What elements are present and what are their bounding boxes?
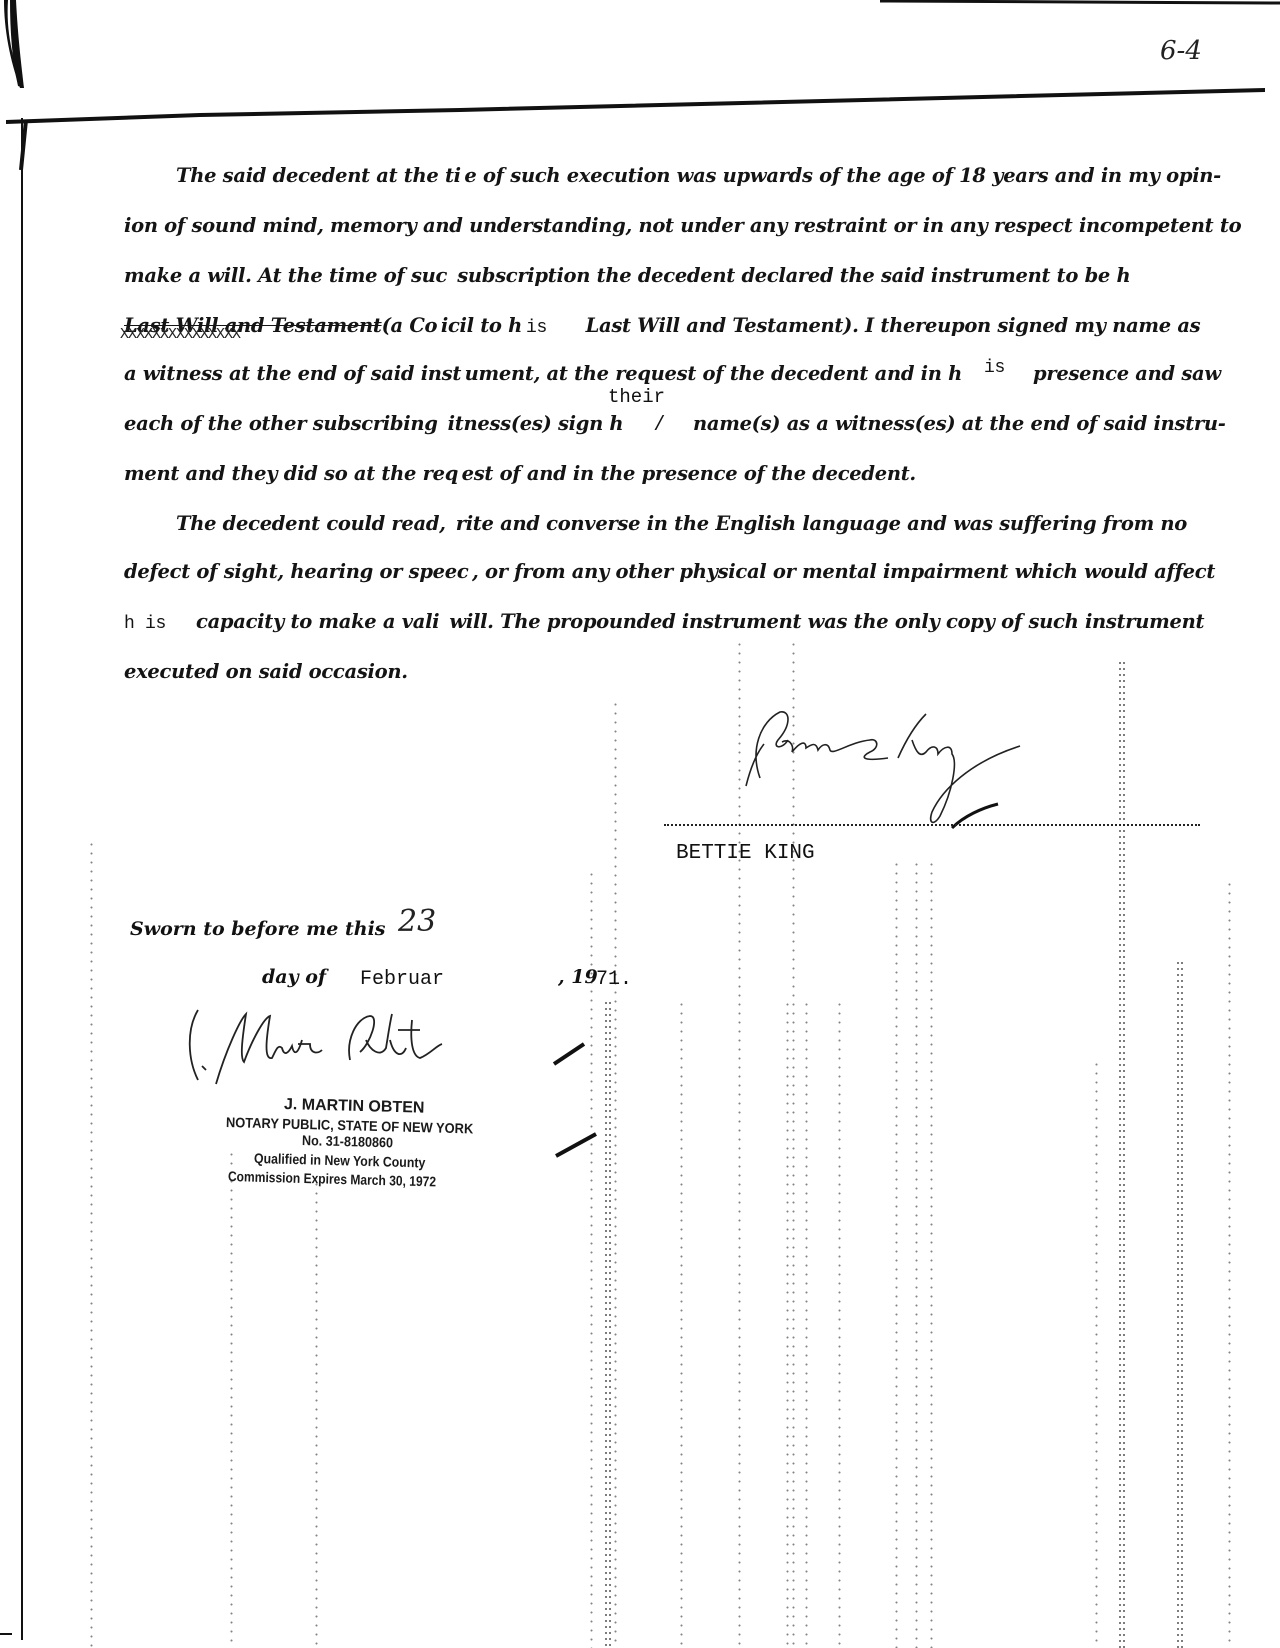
typed-fill-their: their — [608, 386, 665, 408]
body-line-5-pre: a witness at the end of said inst ument,… — [124, 362, 962, 385]
body-line-5: a witness at the end of said inst ument,… — [124, 362, 1221, 386]
body-line-10-post: capacity to make a vali will. The propou… — [196, 610, 1204, 633]
typed-fill-is: is — [526, 318, 547, 338]
body-line-6: each of the other subscribing itness(es)… — [124, 412, 1226, 437]
margin-marks — [550, 1040, 610, 1160]
body-line-1: The said decedent at the ti e of such ex… — [176, 164, 1221, 187]
codicil-text: (a Co icil to h — [382, 314, 522, 337]
notary-signature — [180, 1000, 480, 1090]
body-line-2: ion of sound mind, memory and understand… — [124, 214, 1241, 237]
witness-name: BETTIE KING — [676, 842, 815, 865]
typed-fill-is: is — [984, 358, 1005, 378]
body-line-10: h iscapacity to make a vali will. The pr… — [124, 610, 1204, 634]
sworn-label: Sworn to before me this — [130, 918, 386, 940]
notary-name: J. MARTIN OBTEN — [284, 1096, 425, 1118]
body-line-6-pre: each of the other subscribing itness(es)… — [124, 412, 623, 435]
sworn-year: 71. — [596, 968, 632, 991]
sworn-month: Februar — [360, 968, 444, 991]
witness-signature — [720, 700, 1050, 840]
signature-line — [664, 824, 1200, 826]
body-line-7: ment and they did so at the req est of a… — [124, 462, 916, 485]
body-line-4: Last Will and Testament(a Co icil to his… — [124, 314, 1200, 338]
body-line-3: make a will. At the time of suc subscrip… — [124, 264, 1130, 287]
year-prefix: , 19 — [558, 966, 598, 988]
body-line-5-post: presence and saw — [1033, 362, 1221, 385]
typed-slash: / — [653, 414, 665, 437]
day-of-label: day of — [262, 966, 326, 988]
typed-fill-his: h is — [124, 614, 166, 634]
body-line-4-rest: Last Will and Testament). I thereupon si… — [586, 314, 1201, 337]
page-number: 6-4 — [1160, 36, 1202, 66]
body-line-11: executed on said occasion. — [124, 660, 408, 683]
overtype-x: XXXXXXXXXXXXXXX — [120, 326, 240, 343]
body-line-6-post: name(s) as a witness(es) at the end of s… — [693, 412, 1226, 435]
sworn-day: 23 — [398, 904, 436, 939]
body-line-8: The decedent could read, rite and conver… — [176, 512, 1187, 535]
notary-number: No. 31-8180860 — [302, 1132, 393, 1150]
body-line-9: defect of sight, hearing or speec , or f… — [124, 560, 1215, 583]
